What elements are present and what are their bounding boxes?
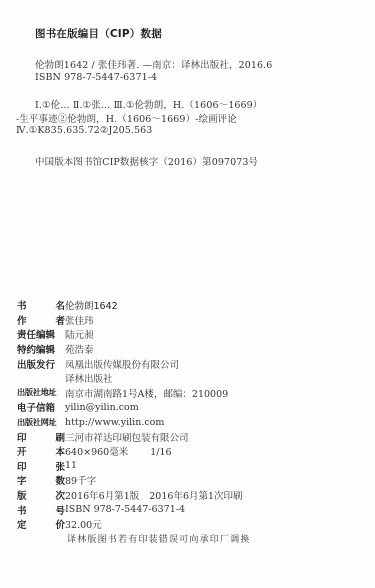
info-row-special-editor: 特约编辑 苑浩泰 (17, 342, 243, 357)
label-char: 作 (17, 313, 27, 327)
label-char: 开 (17, 444, 27, 458)
info-label: 印刷 (17, 430, 65, 444)
label-char: 印 (17, 430, 27, 444)
info-label: 开本 (17, 444, 65, 458)
label-char: 定 (17, 517, 27, 531)
label-char: 字 (17, 473, 27, 487)
label-char: 书 (17, 503, 27, 517)
edition: 2016年6月第1版 (65, 491, 139, 502)
info-label: 出版发行 (17, 357, 65, 371)
info-value: http://www.yilin.com (65, 417, 164, 428)
info-label: 电子信箱 (17, 400, 65, 414)
info-value: 张佳玮 (65, 313, 94, 327)
cip-line-record-number: 中国版本图书馆CIP数据核字（2016）第097073号 (35, 154, 258, 168)
info-value: 三河市祥达印刷包装有限公司 (65, 430, 189, 444)
info-row-word-count: 字数 89千字 (17, 473, 243, 488)
printing: 2016年6月第1次印刷 (149, 491, 242, 502)
info-label: 出版社网址 (17, 417, 65, 428)
format-fold: 1/16 (150, 447, 171, 458)
info-label: 出版社地址 (17, 387, 65, 398)
label-char: 本 (55, 444, 65, 458)
info-label: 作者 (17, 313, 65, 327)
info-value: 伦勃朗1642 (65, 298, 118, 312)
info-value: ISBN 978-7-5447-6371-4 (65, 504, 185, 515)
info-value: yilin@yilin.com (65, 402, 139, 413)
info-label: 版次 (17, 488, 65, 502)
info-row-sheets: 印张 11 (17, 459, 243, 474)
label-char: 印 (17, 459, 27, 473)
info-row-editor: 责任编辑 陆元昶 (17, 327, 243, 342)
cip-line-subject-1: Ⅰ.①伦… Ⅱ.①张… Ⅲ.①伦勃朗，H.（1606～1669） (35, 97, 262, 111)
label-char: 名 (55, 298, 65, 312)
info-value: 凤凰出版传媒股份有限公司 (65, 357, 179, 371)
info-row-isbn: 书号 ISBN 978-7-5447-6371-4 (17, 502, 243, 517)
copyright-page: 图书在版编目（CIP）数据 伦勃朗1642 / 张佳玮著. —南京：译林出版社，… (0, 0, 375, 588)
cip-line-bibliographic: 伦勃朗1642 / 张佳玮著. —南京：译林出版社，2016.6 (35, 57, 272, 71)
label-char: 书 (17, 298, 27, 312)
info-row-edition: 版次 2016年6月第1版2016年6月第1次印刷 (17, 488, 243, 503)
info-label: 责任编辑 (17, 327, 65, 341)
info-row-website: 出版社网址 http://www.yilin.com (17, 415, 243, 430)
info-value: 南京市湖南路1号A楼，邮编：210009 (65, 386, 228, 400)
info-row-address: 出版社地址 南京市湖南路1号A楼，邮编：210009 (17, 386, 243, 401)
info-value: 译林出版社 (65, 371, 113, 385)
info-row-price: 定价 32.00元 (17, 517, 243, 532)
info-row-email: 电子信箱 yilin@yilin.com (17, 400, 243, 415)
footer-note: 译林版图书若有印装错误可向承印厂调换 (67, 532, 251, 545)
info-value: 32.00元 (65, 517, 102, 531)
info-value: 89千字 (65, 473, 96, 487)
publication-info: 书名 伦勃朗1642 作者 张佳玮 责任编辑 陆元昶 特约编辑 苑浩泰 出版发行… (17, 298, 243, 532)
info-label: 书号 (17, 503, 65, 517)
info-value: 陆元昶 (65, 327, 94, 341)
info-row-printer: 印刷 三河市祥达印刷包装有限公司 (17, 429, 243, 444)
cip-line-subject-2: -生平事迹②伦勃朗，H.（1606～1669）-绘画评论 (16, 111, 237, 125)
info-label: 书名 (17, 298, 65, 312)
info-value: 11 (65, 460, 77, 471)
cip-title: 图书在版编目（CIP）数据 (35, 26, 162, 41)
info-label: 特约编辑 (17, 342, 65, 356)
info-value: 2016年6月第1版2016年6月第1次印刷 (65, 488, 243, 502)
info-row-format: 开本 640×960毫米1/16 (17, 444, 243, 459)
label-char: 次 (55, 488, 65, 502)
label-char: 价 (55, 517, 65, 531)
label-char: 者 (55, 313, 65, 327)
label-char: 张 (55, 459, 65, 473)
label-char: 刷 (55, 430, 65, 444)
cip-line-classification: Ⅳ.①K835.635.72②J205.563 (16, 125, 152, 136)
info-label: 字数 (17, 473, 65, 487)
info-row-publisher: 出版发行 凤凰出版传媒股份有限公司 (17, 356, 243, 371)
format-size: 640×960毫米 (65, 447, 128, 458)
info-row-author: 作者 张佳玮 (17, 313, 243, 328)
info-row-publisher-2: 译林出版社 (17, 371, 243, 386)
info-label: 定价 (17, 517, 65, 531)
info-row-title: 书名 伦勃朗1642 (17, 298, 243, 313)
label-char: 数 (55, 473, 65, 487)
label-char: 版 (17, 488, 27, 502)
info-label: 印张 (17, 459, 65, 473)
info-value: 640×960毫米1/16 (65, 444, 172, 458)
info-value: 苑浩泰 (65, 342, 94, 356)
cip-line-isbn: ISBN 978-7-5447-6371-4 (35, 72, 157, 83)
label-char: 号 (55, 503, 65, 517)
